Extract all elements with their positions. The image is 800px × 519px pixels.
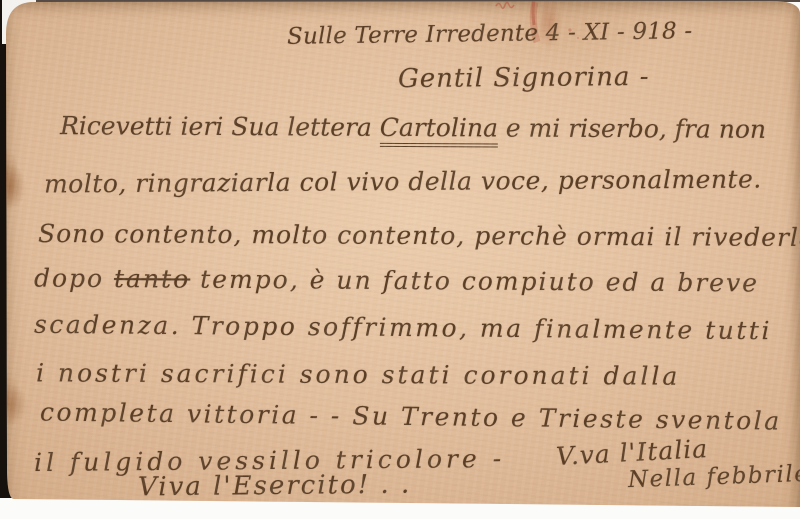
salutation: Gentil Signorina - — [398, 62, 650, 94]
body-line-7: completa vittoria - - Su Trento e Triest… — [40, 397, 782, 435]
body-line-1-pre: Ricevetti ieri Sua lettera — [60, 111, 380, 142]
viva-esercito-exclamation: Viva l'Esercito! . . — [138, 470, 411, 503]
body-line-1-post: e mi riserbo, fra non — [498, 113, 766, 143]
body-line-2: molto, ringraziarla col vivo della voce,… — [44, 164, 762, 198]
body-line-5: scadenza. Troppo soffrimmo, ma finalment… — [34, 310, 772, 345]
body-line-4-post: tempo, è un fatto compiuto ed a breve — [190, 265, 759, 298]
body-line-1: Ricevetti ieri Sua lettera Cartolina e m… — [60, 111, 766, 144]
underlined-word: Cartolina — [380, 113, 498, 148]
closing-fragment: Nella febbrile — [628, 461, 800, 493]
dateline: Sulle Terre Irredente 4 - XI - 918 - — [287, 18, 693, 50]
postcard-scan: Sulle Terre Irredente 4 - XI - 918 - Gen… — [0, 0, 800, 519]
struck-word: tanto — [114, 264, 190, 294]
postcard-paper: Sulle Terre Irredente 4 - XI - 918 - Gen… — [0, 0, 800, 519]
body-line-4: dopo tanto tempo, è un fatto compiuto ed… — [34, 263, 759, 297]
body-line-3: Sono contento, molto contento, perchè or… — [38, 219, 800, 252]
body-line-4-pre: dopo — [34, 263, 114, 293]
body-line-6: i nostri sacrifici sono stati coronati d… — [36, 358, 680, 390]
